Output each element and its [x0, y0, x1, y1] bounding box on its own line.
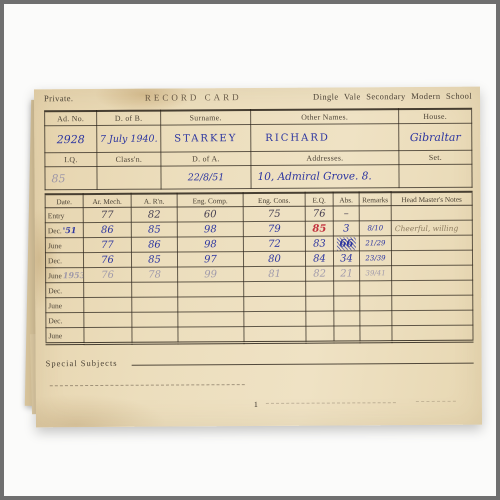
faded-line: [416, 401, 456, 402]
marks-score: 78: [132, 267, 178, 282]
handwritten-value: 34: [340, 253, 353, 264]
handwritten-value: 76: [313, 208, 326, 219]
marks-note: [392, 325, 473, 341]
date-of-admission: 22/8/51: [161, 166, 251, 190]
handwritten-value: 76: [101, 254, 114, 265]
handwritten-value: 99: [204, 269, 217, 280]
handwritten-value: 85: [312, 223, 326, 234]
handwritten-value: 86: [148, 239, 161, 250]
marks-score: [84, 312, 132, 327]
marks-date: June1953: [46, 268, 84, 283]
handwritten-value: –: [344, 208, 349, 219]
marks-fraction: 8/10: [359, 221, 391, 236]
surname: STARKEY: [161, 125, 251, 153]
marks-note: [392, 310, 473, 325]
marks-fraction: [359, 206, 391, 221]
marks-column-header: E.Q.: [305, 193, 333, 207]
marks-note: [392, 280, 473, 295]
marks-score: 77: [83, 207, 131, 222]
marks-score: [244, 296, 306, 311]
marks-score: [334, 326, 360, 342]
marks-score: 85: [305, 221, 333, 236]
marks-score: 83: [305, 236, 333, 251]
marks-score: 99: [178, 267, 244, 282]
admission-label: Class'n.: [97, 152, 161, 166]
marks-score: 82: [131, 207, 177, 222]
handwritten-value: 77: [101, 239, 114, 250]
marks-date: Entry: [45, 208, 83, 223]
marks-score: [306, 311, 334, 326]
admission-label: Addresses.: [251, 151, 399, 166]
marks-score: [132, 327, 178, 343]
marks-column-header: Date.: [45, 194, 83, 208]
marks-score: 3: [333, 221, 359, 236]
handwritten-value: 81: [268, 268, 281, 279]
marks-note: Cheerful, willing: [391, 220, 472, 235]
marks-score: 86: [83, 222, 131, 237]
card-title: RECORD CARD: [145, 92, 242, 103]
marks-score: [84, 297, 132, 312]
handwritten-value: 83: [313, 238, 326, 249]
marks-score: 34: [333, 251, 359, 266]
handwritten-value: 3: [343, 223, 349, 234]
marks-score: 82: [306, 266, 334, 281]
marks-score: 98: [177, 222, 243, 237]
date-of-birth: 7 July 1940.: [97, 125, 161, 152]
marks-date: June: [45, 238, 83, 253]
marks-score: [334, 311, 360, 326]
admission-label: D. of B.: [97, 111, 161, 126]
handwritten-value: 72: [268, 238, 281, 249]
marks-column-header: A. R'n.: [131, 193, 177, 207]
marks-date: Dec.'51: [45, 223, 83, 238]
classification-value: [97, 166, 161, 189]
marks-column-header: Abs.: [333, 192, 359, 206]
marks-score: 84: [305, 251, 333, 266]
marks-note: [391, 250, 472, 265]
marks-column-header: Eng. Comp.: [177, 193, 243, 207]
marks-fraction: [360, 311, 392, 326]
handwritten-value: 21: [340, 268, 353, 279]
marks-column-header: Remarks: [359, 192, 391, 206]
admission-label: House.: [399, 109, 472, 124]
marks-score: 76: [305, 206, 333, 221]
admission-label: I.Q.: [45, 152, 97, 166]
marks-score: 75: [243, 206, 305, 221]
handwritten-value: 80: [268, 253, 281, 264]
marks-date: June: [46, 298, 84, 313]
marks-date: June: [46, 328, 84, 344]
marks-score: 80: [243, 251, 305, 266]
marks-score: [244, 326, 306, 342]
admission-label: Set.: [399, 150, 472, 164]
marks-date-note: '51: [63, 225, 77, 235]
marks-score: 72: [243, 236, 305, 251]
iq-value: 85: [45, 166, 97, 189]
handwritten-value: 84: [313, 253, 326, 264]
card-header: Private. RECORD CARD Dingle Vale Seconda…: [44, 91, 472, 109]
marks-date: Dec.: [45, 253, 83, 268]
marks-score: [244, 281, 306, 296]
faded-line: [50, 384, 245, 386]
marks-score: 21: [334, 266, 360, 281]
handwritten-value: 79: [268, 223, 281, 234]
admission-table: Ad. No. D. of B. Surname. Other Names. H…: [44, 108, 472, 191]
marks-fraction: [360, 296, 392, 311]
marks-score: 85: [131, 252, 177, 267]
marks-fraction: 21/29: [359, 236, 391, 251]
marks-date: Dec.: [46, 283, 84, 298]
handwritten-value: 23/39: [365, 254, 385, 262]
marks-score: 81: [244, 266, 306, 281]
private-label: Private.: [44, 93, 73, 103]
handwritten-value: 66: [339, 238, 353, 249]
admission-label: D. of A.: [161, 152, 251, 167]
marks-fraction: [360, 281, 392, 296]
marks-date-note: 1953: [63, 270, 84, 280]
marks-score: [132, 282, 178, 297]
marks-column-header: Ar. Mech.: [83, 194, 131, 208]
handwritten-value: 21/29: [365, 239, 385, 247]
handwritten-value: 82: [148, 209, 161, 220]
marks-column-header: Head Master's Notes: [391, 192, 472, 206]
marks-score: [84, 327, 132, 343]
marks-score: 76: [84, 267, 132, 282]
marks-score: [84, 282, 132, 297]
handwritten-value: 98: [204, 239, 217, 250]
marks-score: [306, 296, 334, 311]
marks-note: [391, 205, 472, 220]
special-subjects-label: Special Subjects: [46, 358, 118, 368]
marks-score: 76: [83, 252, 131, 267]
marks-score: [334, 296, 360, 311]
set-value: [399, 164, 472, 187]
admission-label: Ad. No.: [45, 111, 97, 126]
marks-score: [178, 312, 244, 327]
handwritten-value: 82: [313, 268, 326, 279]
special-subjects-line: [132, 363, 474, 366]
other-names: RICHARD: [251, 124, 399, 152]
marks-score: [132, 297, 178, 312]
marks-fraction: 23/39: [359, 251, 391, 266]
handwritten-value: 98: [204, 224, 217, 235]
handwritten-value: 85: [148, 224, 161, 235]
marks-score: [306, 281, 334, 296]
marks-score: –: [333, 206, 359, 221]
address-value: 10, Admiral Grove. 8.: [251, 165, 399, 189]
marks-score: 66: [333, 236, 359, 251]
marks-score: 77: [83, 237, 131, 252]
handwritten-value: 60: [204, 209, 217, 220]
handwritten-value: Cheerful, willing: [395, 223, 459, 232]
faded-line: [266, 402, 396, 404]
marks-score: 85: [131, 222, 177, 237]
admission-number: 2928: [45, 125, 97, 152]
marks-score: 98: [177, 237, 243, 252]
marks-note: [391, 235, 472, 250]
marks-score: 97: [177, 252, 243, 267]
photo-frame: Private. RECORD CARD Dingle Vale Seconda…: [0, 0, 500, 500]
marks-note: [392, 295, 473, 310]
handwritten-value: 85: [148, 254, 161, 265]
marks-score: [132, 312, 178, 327]
admission-label: Other Names.: [251, 109, 399, 124]
marks-table: Date.Ar. Mech.A. R'n.Eng. Comp.Eng. Cons…: [45, 191, 474, 346]
marks-score: [334, 281, 360, 296]
handwritten-value: 86: [101, 224, 114, 235]
special-subjects-row: Special Subjects: [46, 356, 474, 369]
handwritten-value: 39/41: [365, 269, 385, 277]
handwritten-value: 97: [204, 254, 217, 265]
house-name: Gibraltar: [399, 123, 472, 150]
marks-score: [244, 311, 306, 326]
marks-score: 86: [131, 237, 177, 252]
marks-fraction: [360, 326, 392, 342]
handwritten-value: 76: [101, 269, 114, 280]
marks-fraction: 39/41: [360, 266, 392, 281]
admission-label: Surname.: [161, 110, 251, 125]
stray-pen-mark: 1: [254, 400, 258, 409]
marks-score: 79: [243, 221, 305, 236]
handwritten-value: 78: [148, 269, 161, 280]
marks-score: [178, 282, 244, 297]
handwritten-value: 8/10: [367, 224, 383, 232]
handwritten-value: 75: [268, 208, 281, 219]
marks-date: Dec.: [46, 313, 84, 328]
marks-score: [178, 327, 244, 343]
marks-column-header: Eng. Cons.: [243, 193, 305, 207]
marks-score: [178, 297, 244, 312]
marks-row: June: [46, 325, 473, 344]
record-card: Private. RECORD CARD Dingle Vale Seconda…: [34, 87, 482, 428]
marks-score: [306, 326, 334, 342]
marks-note: [392, 265, 473, 280]
handwritten-value: 77: [101, 209, 114, 220]
school-name: Dingle Vale Secondary Modern School: [313, 91, 472, 102]
marks-score: 60: [177, 207, 243, 222]
